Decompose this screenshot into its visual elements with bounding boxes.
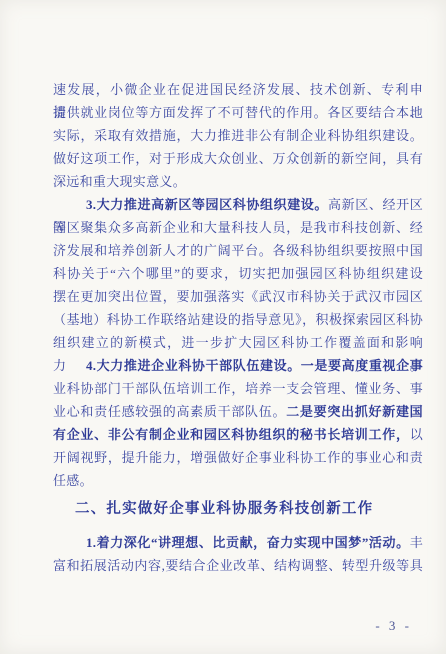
page-number: - 3 - <box>375 618 412 634</box>
text-line: 4.大力推进企业科协干部队伍建设。一是要高度重视企事 <box>53 354 423 377</box>
text-line: 有企业、非公有制企业和园区科协组织的秘书长培训工作，以 <box>53 423 423 446</box>
text-run: 业科协部门干部队伍培训工作，培养一支会管理、懂业务、事 <box>53 381 423 396</box>
text-run: 园区聚集众多高新企业和大量科技人员，是我市科技创新、经 <box>53 220 423 235</box>
text-line: 开阔视野，提升能力，增强做好企事业科协工作的事业心和责 <box>53 446 423 469</box>
text-run: 提供就业岗位等方面发挥了不可替代的作用。各区要结合本地 <box>53 105 423 120</box>
text-run: 有企业、非公有制企业和园区科协组织的秘书长培训工作， <box>53 427 410 442</box>
text-run: 摆在更加突出位置，要加强落实《武汉市科协关于武汉市园区 <box>53 289 423 304</box>
text-line: 摆在更加突出位置，要加强落实《武汉市科协关于武汉市园区 <box>53 285 423 308</box>
text-line: 3.大力推进高新区等园区科协组织建设。高新区、经开区等 <box>53 193 423 216</box>
text-line: 做好这项工作，对于形成大众创业、万众创新的新空间，具有 <box>53 147 423 170</box>
text-run: 实际，采取有效措施，大力推进非公有制企业科协组织建设。 <box>53 128 423 143</box>
text-line: 科协关于“六个哪里”的要求，切实把加强园区科协组织建设 <box>53 262 423 285</box>
document-text-block: 速发展，小微企业在促进国民经济发展、技术创新、专利申请、提供就业岗位等方面发挥了… <box>53 78 423 577</box>
text-run: 丰 <box>410 535 423 550</box>
text-run: 科协关于“六个哪里”的要求，切实把加强园区科协组织建设 <box>53 266 423 281</box>
text-line: 富和拓展活动内容,要结合企业改革、结构调整、转型升级等具 <box>53 554 423 577</box>
text-run: 济发展和培养创新人才的广阔平台。各级科协组织要按照中国 <box>53 243 423 258</box>
text-run: 任感。 <box>53 473 93 488</box>
text-line: 深远和重大现实意义。 <box>53 170 423 193</box>
section-heading: 二、扎实做好企事业科协服务科技创新工作 <box>53 498 423 521</box>
text-line: 1.着力深化“讲理想、比贡献，奋力实现中国梦”活动。丰 <box>53 531 423 554</box>
text-run: 3.大力推进高新区等园区科协组织建设。 <box>86 197 328 212</box>
text-run: 富和拓展活动内容,要结合企业改革、结构调整、转型升级等具 <box>53 558 423 573</box>
text-line: 实际，采取有效措施，大力推进非公有制企业科协组织建设。 <box>53 124 423 147</box>
text-line: 任感。 <box>53 469 423 492</box>
text-line: 速发展，小微企业在促进国民经济发展、技术创新、专利申请、 <box>53 78 423 101</box>
text-line: （基地）科协工作联络站建设的指导意见》，积极探索园区科协 <box>53 308 423 331</box>
text-line: 业心和责任感较强的高素质干部队伍。二是要突出抓好新建国 <box>53 400 423 423</box>
text-run: 业心和责任感较强的高素质干部队伍。 <box>53 404 286 419</box>
text-run: 深远和重大现实意义。 <box>53 174 186 189</box>
text-run: 开阔视野，提升能力，增强做好企事业科协工作的事业心和责 <box>53 450 423 465</box>
text-line: 园区聚集众多高新企业和大量科技人员，是我市科技创新、经 <box>53 216 423 239</box>
text-line: 组织建立的新模式，进一步扩大园区科协工作覆盖面和影响力。 <box>53 331 423 354</box>
text-run: 4.大力推进企业科协干部队伍建设。一是要高度重视企事 <box>86 358 423 373</box>
text-line: 提供就业岗位等方面发挥了不可替代的作用。各区要结合本地 <box>53 101 423 124</box>
document-page: 速发展，小微企业在促进国民经济发展、技术创新、专利申请、提供就业岗位等方面发挥了… <box>0 0 446 654</box>
text-run: 做好这项工作，对于形成大众创业、万众创新的新空间，具有 <box>53 151 423 166</box>
text-run: （基地）科协工作联络站建设的指导意见》，积极探索园区科协 <box>53 312 423 327</box>
text-run: 二、扎实做好企事业科协服务科技创新工作 <box>75 501 373 517</box>
text-run: 二是要突出抓好新建国 <box>286 404 423 419</box>
text-run: 1.着力深化“讲理想、比贡献，奋力实现中国梦”活动。 <box>86 535 410 550</box>
text-run: 以 <box>410 427 423 442</box>
text-line: 业科协部门干部队伍培训工作，培养一支会管理、懂业务、事 <box>53 377 423 400</box>
text-line: 济发展和培养创新人才的广阔平台。各级科协组织要按照中国 <box>53 239 423 262</box>
